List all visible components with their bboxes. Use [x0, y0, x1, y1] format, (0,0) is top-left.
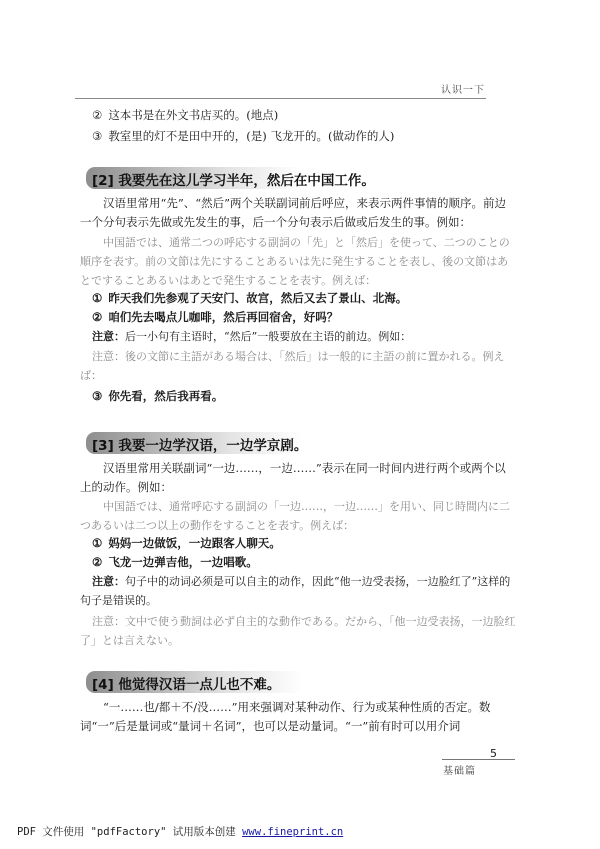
section-3-note-jp: 注意：文中で使う動詞は必ず自主的な動作である。だから、「他一边受表扬，一边脸红了…: [80, 612, 516, 650]
intro-example-2: ②这本书是在外文书店买的。(地点): [92, 106, 278, 124]
section-2-example-2: ②咱们先去喝点儿咖啡，然后再回宿舍，好吗？: [92, 308, 338, 326]
section-3-explanation-jp: 中国語では、通常呼応する副詞の「一边……，一边……」を用い、同じ時間内に二つある…: [80, 497, 516, 535]
section-3-explanation-zh: 汉语里常用关联副词“一边……，一边……”表示在同一时间内进行两个或两个以上的动作…: [80, 459, 516, 497]
watermark-text: PDF 文件使用 "pdfFactory" 试用版本创建: [17, 826, 242, 838]
footer-rule: [442, 759, 515, 760]
running-title: 认识一下: [441, 81, 485, 96]
section-2-note-jp: 注意：後の文節に主語がある場合は、「然后」は一般的に主語の前に置かれる。例えば：: [80, 347, 516, 385]
pdf-watermark: PDF 文件使用 "pdfFactory" 试用版本创建 www.finepri…: [17, 824, 343, 839]
section-heading-2: [2] 我要先在这儿学习半年，然后在中国工作。: [86, 167, 446, 189]
section-2-note-zh: 注意：后一小句有主语时，“然后”一般要放在主语的前边。例如：: [92, 327, 517, 346]
section-3-note-zh: 注意：句子中的动词必须是可以自主的动作，因此“他一边受表扬，一边脸红了”这样的句…: [80, 572, 516, 610]
watermark-link[interactable]: www.fineprint.cn: [242, 826, 343, 838]
intro-example-3: ③教室里的灯不是田中开的，(是) 飞龙开的。(做动作的人): [92, 127, 394, 145]
section-4-explanation-zh: “一……也/都＋不/没……”用来强调对某种动作、行为或某种性质的否定。数词“一”…: [80, 698, 516, 736]
section-2-example-1: ①昨天我们先参观了天安门、故宫，然后又去了景山、北海。: [92, 289, 407, 307]
section-3-example-2: ②飞龙一边弹吉他，一边唱歌。: [92, 553, 258, 571]
section-heading-3: [3] 我要一边学汉语，一边学京剧。: [86, 432, 446, 454]
section-3-example-1: ①妈妈一边做饭，一边跟客人聊天。: [92, 534, 281, 552]
section-2-explanation-jp: 中国語では、通常二つの呼応する副詞の「先」と「然后」を使って、二つのことの順序を…: [80, 233, 516, 290]
document-page: 认识一下 ②这本书是在外文书店买的。(地点) ③教室里的灯不是田中开的，(是) …: [0, 0, 600, 849]
header-rule: [75, 98, 486, 99]
section-heading-4: [4] 他觉得汉语一点儿也不难。: [86, 671, 446, 693]
section-2-example-3: ③你先看，然后我再看。: [92, 387, 223, 405]
running-header: 认识一下: [75, 81, 485, 95]
footer-section-label: 基础篇: [443, 762, 476, 777]
section-2-explanation-zh: 汉语里常用“先”、“然后”两个关联副词前后呼应，来表示两件事情的顺序。前边一个分…: [80, 194, 516, 232]
